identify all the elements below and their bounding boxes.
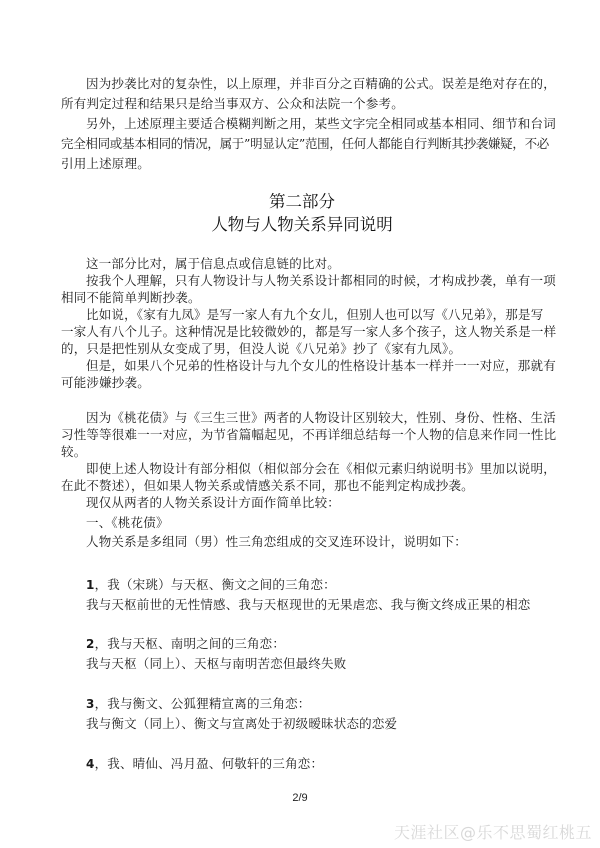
section-subheading: 人物与人物关系异同说明 xyxy=(61,214,543,236)
list-item-title: 1，我（宋珧）与天枢、衡文之间的三角恋： xyxy=(61,575,543,595)
paragraph-line: 所有判定过程和结果只是给当事双方、公众和法院一个参考。 xyxy=(61,94,543,114)
section-heading: 第二部分 xyxy=(61,191,543,213)
list-item-desc: 我与天枢前世的无性情感、我与天枢现世的无果虐恋、我与衡文终成正果的相恋 xyxy=(61,595,543,615)
list-item-title: 4，我、晴仙、冯月盈、何敬轩的三角恋： xyxy=(61,754,543,774)
watermark: 天涯社区@乐不思蜀红桃五 xyxy=(394,820,592,843)
list-item-desc: 我与天枢（同上）、天枢与南明苦恋但最终失败 xyxy=(61,654,543,674)
list-item-desc: 我与衡文（同上）、衡文与宣离处于初级暧昧状态的恋爱 xyxy=(61,714,543,734)
list-item-title: 2，我与天枢、南明之间的三角恋： xyxy=(61,634,543,654)
paragraph-line: 人物关系是多组同（男）性三角恋组成的交叉连环设计，说明如下： xyxy=(61,532,543,552)
paragraph-line: 因为抄袭比对的复杂性，以上原理，并非百分之百精确的公式。误差是绝对存在的， xyxy=(61,74,543,94)
subsection-heading: 一、《桃花债》 xyxy=(61,513,543,533)
paragraph-line: 引用上述原理。 xyxy=(61,154,543,174)
list-item-title: 3，我与衡文、公狐狸精宣离的三角恋： xyxy=(61,694,543,714)
page-number: 2/9 xyxy=(0,792,600,804)
paragraph-line: 另外，上述原理主要适合模糊判断之用，某些文字完全相同或基本相同、细节和台词 xyxy=(61,114,543,134)
paragraph-line: 可能涉嫌抄袭。 xyxy=(61,373,543,393)
paragraph-line: 现仅从两者的人物关系设计方面作简单比较： xyxy=(61,493,543,513)
paragraph-line: 完全相同或基本相同的情况，属于”明显认定”范围，任何人都能自行判断其抄袭嫌疑，不… xyxy=(61,134,543,154)
